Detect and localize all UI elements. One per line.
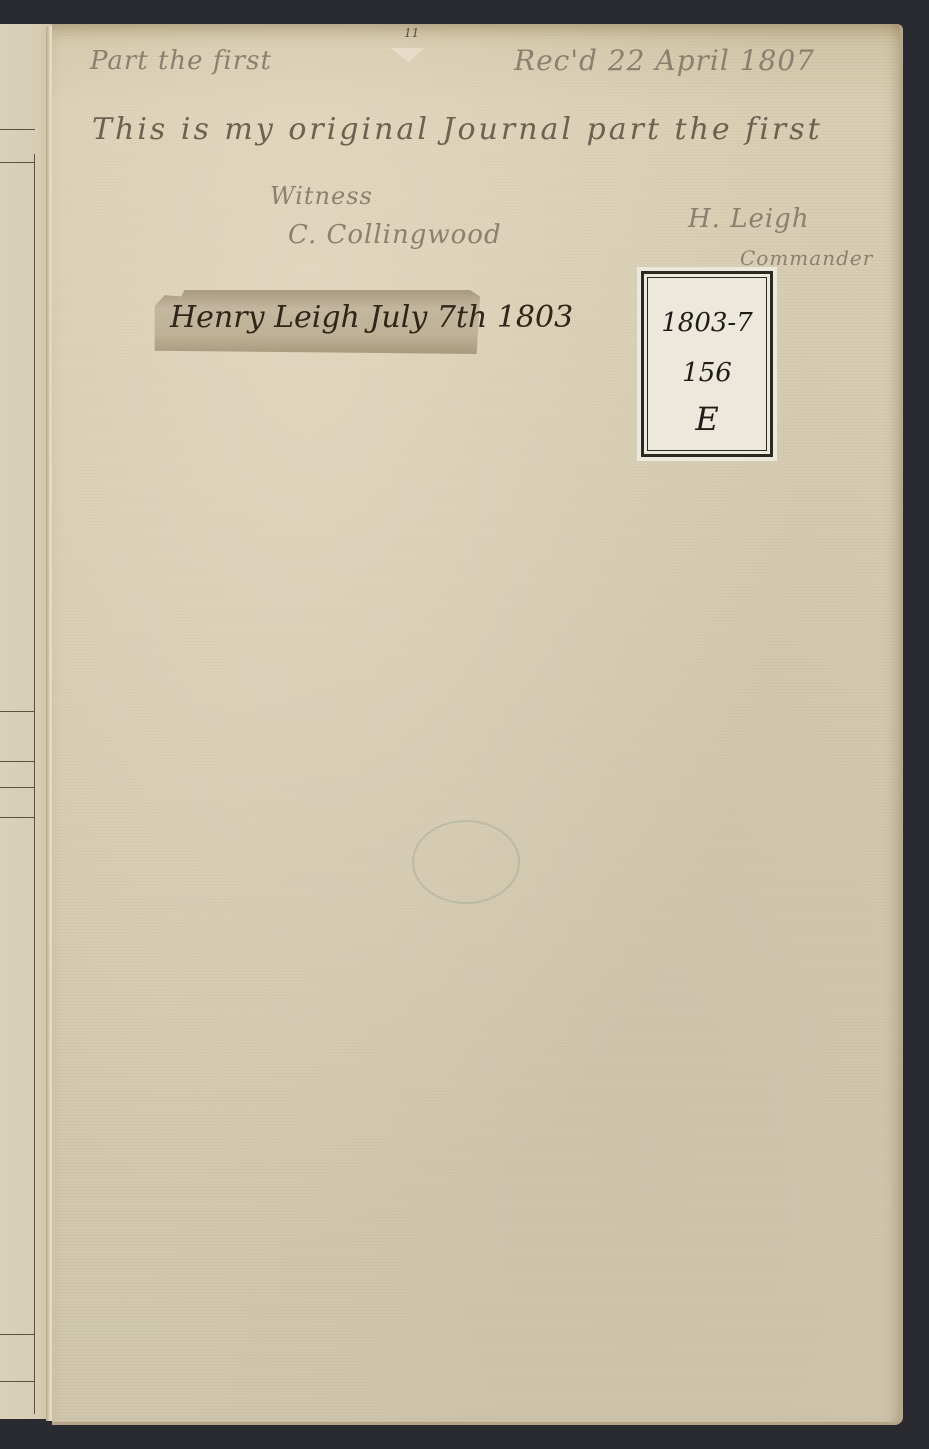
ruled-line	[0, 711, 35, 712]
label-letter: E	[644, 400, 770, 438]
label-number: 156	[644, 358, 770, 388]
page-notch	[390, 48, 424, 62]
header-received: Rec'd 22 April 1807	[514, 44, 815, 77]
journal-statement: This is my original Journal part the fir…	[92, 112, 823, 147]
folio-number: 11	[404, 26, 419, 40]
witness-label: Witness	[270, 182, 373, 210]
ruled-line	[0, 761, 35, 762]
ruled-line	[0, 1334, 35, 1335]
commander-signature: H. Leigh	[688, 204, 810, 234]
ruled-line	[0, 1381, 35, 1382]
ruled-line	[0, 787, 35, 788]
catalogue-label: 1803-7 156 E	[641, 271, 773, 457]
ruled-line-vertical	[34, 154, 35, 1414]
header-part: Part the first	[90, 46, 272, 76]
witness-signature: C. Collingwood	[288, 220, 502, 250]
label-reference: 1803-7	[644, 308, 770, 338]
commander-title: Commander	[740, 246, 873, 270]
ruled-line	[0, 129, 35, 130]
ruled-line	[0, 817, 35, 818]
pasted-slip-text: Henry Leigh July 7th 1803	[170, 300, 573, 335]
manuscript-page: 11 Part the first Rec'd 22 April 1807 Th…	[52, 24, 903, 1425]
ruled-line	[0, 162, 35, 163]
faded-stamp	[412, 820, 520, 904]
